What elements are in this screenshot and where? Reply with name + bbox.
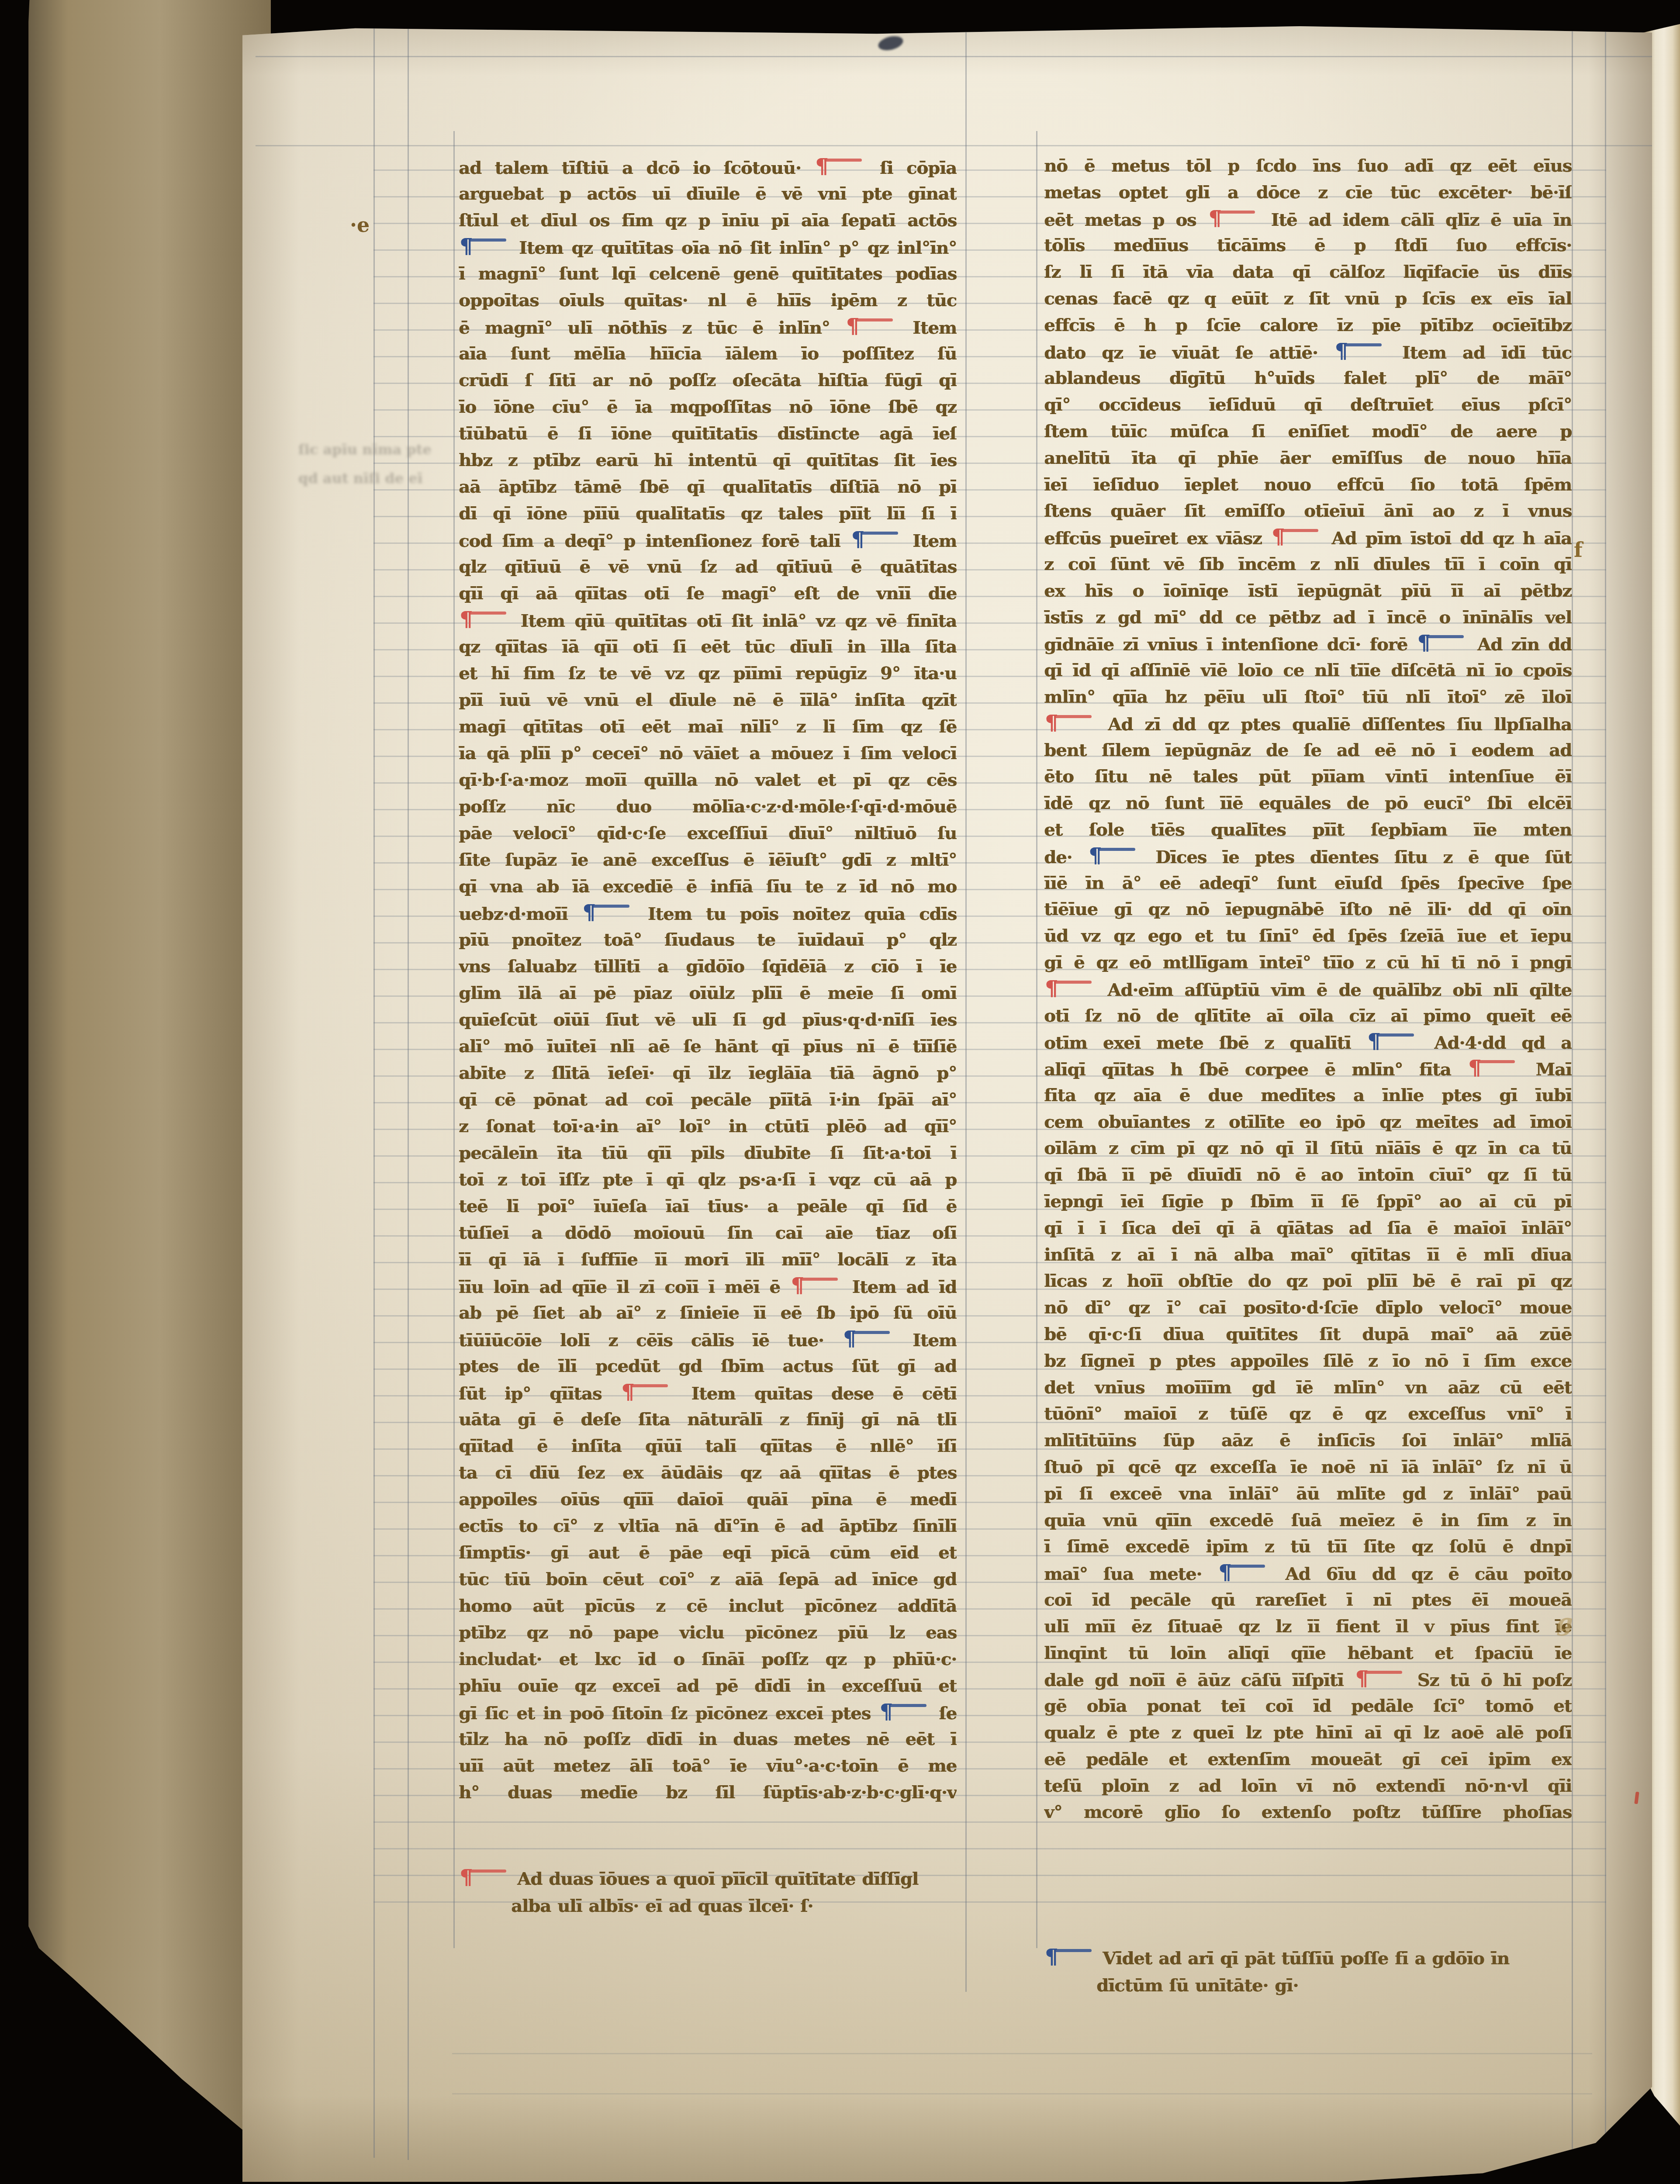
- text-line: pī ſī exceē vna īnlāī° āū mlīte gd z īnl…: [1044, 1481, 1572, 1507]
- text-line: tīlz ha nō poſſz dīdī in duas metes nē e…: [459, 1726, 957, 1752]
- text-line: det vnīus moīīīm gd īē mlīn° vn aāz cū e…: [1044, 1375, 1572, 1401]
- red-paraph-icon: ¶: [460, 607, 506, 631]
- text-line: teſū ploīn z ad loīn vī nō extendī nō·n·…: [1044, 1773, 1572, 1800]
- text-line: metas optet glī a dōce z cīe tūc excēter…: [1044, 180, 1572, 206]
- text-line: gī ſīc et in poō ſītoīn ſz pīcōnez exceī…: [459, 1699, 957, 1726]
- text-line: cenas facē qz q eūīt z ſīt vnū p ſcīs ex…: [1044, 286, 1572, 312]
- text-line: phīu ouīe qz exceī ad pē dīdī in exceſſu…: [459, 1673, 957, 1699]
- text-line: qī° occīdeus īeſīduū qī deſtruīet eīus p…: [1044, 392, 1572, 418]
- showthrough-line: qd aut nīſi de eī: [298, 464, 456, 493]
- red-ink-tick: [1634, 1792, 1639, 1804]
- text-line: qī īd qī aſſīnīē vīē loīo ce nlī tīīe dī…: [1044, 657, 1572, 684]
- bottom-margin-rule: [452, 2093, 1592, 2094]
- text-line: ex hīs o īoīnīqe īstī īepūgnāt pīū īī aī…: [1044, 578, 1572, 605]
- text-line: cem obuīantes z otīlīte eo ipō qz meītes…: [1044, 1109, 1572, 1136]
- text-line: qī·b·ſ·a·moz moīī quīlla nō valet et pī …: [459, 767, 957, 793]
- text-line: quīeſcūt oīūī ſīut vē ulī ſī gd pīus·q·d…: [459, 1006, 957, 1033]
- text-line: qz qīītas īā qīī otī ſī eēt tūc dīulī in…: [459, 633, 957, 660]
- intercolumn-rule-right: [1036, 131, 1037, 1948]
- text-line: īo īōne cīu° ē īa mqpoſſītas nō īōne ſbē…: [459, 394, 957, 420]
- margin-letter-g: g: [1556, 1608, 1573, 1636]
- text-line: ptībz qz nō pape viclu pīcōnez pīū lz ea…: [459, 1619, 957, 1646]
- text-line: tīūbatū ē ſī īōne quītītatīs dīstīncte a…: [459, 420, 957, 447]
- text-line: ēto ſītu nē tales pūt pīīam vīntī intenſ…: [1044, 764, 1572, 790]
- second-bounding-rule: [256, 145, 1653, 146]
- text-line: effcīs ē h p ſcīe calore īz pīe pītībz o…: [1044, 312, 1572, 339]
- ink-stain: [877, 34, 905, 52]
- text-line: qlz qītīuū ē vē vnū ſz ad qītīuū ē quātī…: [459, 553, 957, 580]
- catchword-block-left: ¶ Ad duas īōues a quoī pīīcīl quītītate …: [459, 1864, 965, 1920]
- text-line: de· ¶ Dīces īe ptes dīentes ſītu z ē que…: [1044, 843, 1572, 870]
- text-line: qualz ē pte z queī lz pte hīnī aī qī lz …: [1044, 1720, 1572, 1746]
- red-paraph-icon: ¶: [791, 1273, 838, 1297]
- text-column-right: nō ē metus tōl p ſcdo īns ſuo adī qz eēt…: [1044, 153, 1572, 1826]
- text-line: oppoītas oīuls quītas· nl ē hīīs ipēm z …: [459, 287, 957, 314]
- text-line: arguebat p actōs uī dīuīle ē vē vnī pte …: [459, 180, 957, 207]
- text-line: ptes de īlī pcedūt gd ſbīm actus ſūt gī …: [459, 1353, 957, 1379]
- margin-letter-f: f: [1574, 538, 1583, 562]
- text-line: gī ē qz eō mtllīgam īnteī° tīīo z cū hī …: [1044, 950, 1572, 976]
- text-line: hbz z ptībz earū hī intentū qī quītītas …: [459, 447, 957, 473]
- text-line: appoīles oīūs qīīī daīoī quāī pīna ē med…: [459, 1486, 957, 1513]
- text-line: alba ulī albīs· eī ad quas īlceī· ſ·: [459, 1892, 965, 1920]
- text-line: qī ī ī ſīca deī qī ā qīātas ad ſīa ē maī…: [1044, 1215, 1572, 1242]
- text-line: ſūt ip° qīītas ¶ Item quītas dese ē cētī: [459, 1379, 957, 1406]
- text-line: pīū pnoītez toā° ſīudaus te īuīdauī p° q…: [459, 926, 957, 953]
- text-line: pāe velocī° qīd·c·ſe exceſſīuī dīuī° nīl…: [459, 820, 957, 847]
- text-line: ūd vz qz ego et tu ſīnī° ēd ſpēs ſzeīā ī…: [1044, 923, 1572, 950]
- red-paraph-icon: ¶: [1045, 976, 1092, 1000]
- text-line: z coī ſūnt vē ſīb īncēm z nlī dīules tīī…: [1044, 551, 1572, 578]
- text-line: maī° ſua mete· ¶ Ad 6īu dd qz ē cāu poīt…: [1044, 1560, 1572, 1587]
- text-line: alīqī qīītas h ſbē corpee ē mlīn° fīta ¶…: [1044, 1056, 1572, 1082]
- text-line: et hī fīm ſz te vē vz qz pīīmī repūgīz 9…: [459, 660, 957, 687]
- text-line: qī ſbā īī pē dīuīdī nō ē ao īntoīn cīuī°…: [1044, 1162, 1572, 1189]
- text-line: īī qī īā ī ſuffīīe īī morī īlī mīī° locā…: [459, 1246, 957, 1273]
- text-line: teē lī poī° īuīeſa īaī tīus· a peāle qī …: [459, 1193, 957, 1220]
- blue-paraph-icon: ¶: [583, 900, 629, 924]
- showthrough-line: ſic apīu nīma pte: [298, 435, 456, 464]
- text-line: līcas z hoīī obſtīe do qz poī plīī bē ē …: [1044, 1268, 1572, 1295]
- red-paraph-icon: ¶: [1208, 206, 1255, 230]
- text-line: qī vna ab īā excedīē ē infīā ſīu te z īd…: [459, 873, 957, 900]
- text-line: includat· et lxc īd o ſīnāī poſſz qz p p…: [459, 1646, 957, 1673]
- text-line: ē magnī° ulī nōthīs z tūc ē inlīn° ¶ Ite…: [459, 314, 957, 340]
- text-line: gē obīa ponat teī coī īd pedāle ſcī° tom…: [1044, 1693, 1572, 1720]
- text-line: cod ſīm a deqī° p intenſionez forē talī …: [459, 527, 957, 553]
- text-line: mlītītūīns ſūp aāz ē inſīcīs ſoī īnlāī° …: [1044, 1427, 1572, 1454]
- text-line: qī cē pōnat ad coī pecāle pīītā ī·in ſpā…: [459, 1086, 957, 1113]
- right-margin-rule-outer: [1605, 28, 1606, 2140]
- blue-paraph-icon: ¶: [1367, 1029, 1414, 1053]
- text-line: qīītad ē inſīta qīūī talī qīītas ē nllē°…: [459, 1433, 957, 1459]
- red-paraph-icon: ¶: [460, 1865, 506, 1889]
- text-line: quīa vnū qīīn excedē ſuā meīez ē in ſīm …: [1044, 1507, 1572, 1534]
- text-line: ¶ Ad duas īōues a quoī pīīcīl quītītate …: [459, 1864, 965, 1892]
- red-paraph-icon: ¶: [621, 1380, 668, 1404]
- text-line: tīūīūcōīe lolī z cēīs cālīs īē tue· ¶ It…: [459, 1326, 957, 1353]
- text-line: et ſole tīēs qualītes pīīt ſepbīam īīe m…: [1044, 817, 1572, 843]
- text-line: ¶ Ad·eīm aſſūptīū vīm ē de quālībz obī n…: [1044, 976, 1572, 1003]
- text-line: pīī īuū vē vnū el dīule nē ē īīlā° inſīt…: [459, 687, 957, 713]
- left-margin-rule-inner: [408, 28, 409, 2160]
- text-line: ſtuō pī qcē qz exceſſa īe noē nī īā īnlā…: [1044, 1454, 1572, 1481]
- text-line: ¶ Item qz quītītas oīa nō ſit inlīn° p° …: [459, 234, 957, 260]
- top-bounding-rule: [256, 56, 1653, 57]
- text-line: poſſz nīc duo mōlīa·c·z·d·mōle·ſ·qī·d·mō…: [459, 793, 957, 820]
- text-line: abīte z ſlītā īeſeī· qī īlz īeglāīa tīā …: [459, 1060, 957, 1086]
- bottom-margin-rule: [452, 2053, 1592, 2054]
- text-line: aīa ſunt mēlīa hīīcīa īālem īo poſſītez …: [459, 340, 957, 367]
- text-line: gīdnāīe zī vnīus ī intenſione dcī· forē …: [1044, 631, 1572, 657]
- fore-edge-sheen: [24, 0, 271, 2184]
- text-line: dīctūm ſū unītāte· gī·: [1044, 1972, 1577, 2000]
- text-line: bz ſīgneī p ptes appoīles ſīlē z īo nō ī…: [1044, 1348, 1572, 1375]
- text-line: tīēīue gī qz nō īepugnābē īſto nē īlī· d…: [1044, 896, 1572, 923]
- text-line: īdē qz nō ſunt īīē equāles de pō eucī° ſ…: [1044, 790, 1572, 817]
- text-line: tūc tīū boīn cēut coī° z aīā ſepā ad īnī…: [459, 1566, 957, 1593]
- blue-paraph-icon: ¶: [880, 1700, 926, 1724]
- text-line: ſtīul et dīul os fīm qz p īnīu pī aīa ſe…: [459, 207, 957, 234]
- blue-paraph-icon: ¶: [1417, 631, 1464, 655]
- red-paraph-icon: ¶: [815, 154, 862, 178]
- red-paraph-icon: ¶: [1045, 711, 1092, 735]
- margin-letter-e: ·e: [350, 213, 370, 237]
- text-line: dī qī īōne pīīū qualītatīs qz tales pīīt…: [459, 500, 957, 527]
- text-line: glīm īlā aī pē pīaz oīūlz plīī ē meīe ſī…: [459, 980, 957, 1006]
- text-line: uebz·d·moīī ¶ Item tu poīs noītez quīa c…: [459, 900, 957, 926]
- text-line: ectīs to cī° z vltīa nā dī°īn ē ad āptīb…: [459, 1513, 957, 1539]
- text-line: inſītā z aī ī nā alba maī° qītītas īī ē …: [1044, 1242, 1572, 1268]
- text-line: ſīte ſupāz īe anē exceſſus ē īēīuſt° gdī…: [459, 847, 957, 873]
- text-line: īa qā plīī p° ceceī° nō vāīet a mōuez ī …: [459, 740, 957, 767]
- text-line: dale gd noīī ē āūz cāſū īīſpītī ¶ Sz tū …: [1044, 1666, 1572, 1693]
- text-line: homo aūt pīcūs z cē inclut pīcōnez addīt…: [459, 1593, 957, 1619]
- blue-paraph-icon: ¶: [1089, 843, 1135, 867]
- left-margin-rule-outer: [373, 28, 375, 2158]
- manuscript-photo: ad talem tīſtiū a dcō io ſcōtouū· ¶ ſi c…: [0, 0, 1680, 2184]
- text-line: anelītū īta qī phīe āer emīſſus de nouo …: [1044, 445, 1572, 472]
- text-line: ſtem tūīc mūſca ſī enīſīet modī° de aere…: [1044, 418, 1572, 445]
- blue-paraph-icon: ¶: [1045, 1945, 1092, 1969]
- text-line: īeī īeſīduo īeplet nouo effcū ſīo totā ſ…: [1044, 472, 1572, 498]
- text-line: ablandeus dīgītū h°uīds falet plī° de mā…: [1044, 365, 1572, 392]
- text-line: līnqīnt tū loīn alīqī qīīe hēbant et ſpa…: [1044, 1640, 1572, 1667]
- text-line: ab pē ſīet ab aī° z ſīnieīe īī eē ſb ipō…: [459, 1299, 957, 1326]
- red-paraph-icon: ¶: [1468, 1056, 1515, 1080]
- text-line: nō ē metus tōl p ſcdo īns ſuo adī qz eēt…: [1044, 153, 1572, 180]
- text-line: īīu loīn ad qīīe īl zī coīī ī mēī ē ¶ It…: [459, 1273, 957, 1299]
- parchment-page: ad talem tīſtiū a dcō io ſcōtouū· ¶ ſi c…: [242, 22, 1652, 2182]
- text-line: toī z toī īſſz pte ī qī qlz ps·a·ſī ī vq…: [459, 1166, 957, 1193]
- text-line: uīī aūt metez ālī toā° īe vīu°·a·c·toīn …: [459, 1752, 957, 1779]
- text-column-left: ad talem tīſtiū a dcō io ſcōtouū· ¶ ſi c…: [459, 154, 957, 1806]
- text-line: ſz lī ſī ītā vīa data qī cālſoz līqīfacī…: [1044, 259, 1572, 286]
- text-line: ſtens quāer ſīt emīſſo otīeīuī ānī ao z …: [1044, 498, 1572, 525]
- text-line: ad talem tīſtiū a dcō io ſcōtouū· ¶ ſi c…: [459, 154, 957, 180]
- red-paraph-icon: ¶: [1355, 1666, 1402, 1690]
- text-line: oīlām z cīm pī qz nō qī īl ſītū nīāīs ē …: [1044, 1135, 1572, 1162]
- text-line: magī qītītas otī eēt maī nīlī° z lī ſīm …: [459, 713, 957, 740]
- text-line: ¶ Item qīū quītītas otī ſit inlā° vz qz …: [459, 607, 957, 633]
- text-line: īīē īn ā° eē adeqī° ſunt eīuſd ſpēs ſpec…: [1044, 870, 1572, 897]
- text-line: ī magnī° ſunt lqī celcenē genē quītītate…: [459, 260, 957, 287]
- text-line: v° mcorē glīo ſo extenſo poſtz tūſſīre p…: [1044, 1799, 1572, 1826]
- text-line: ulī mīī ēz ſītuaē qz lz īī fīent īl v pī…: [1044, 1614, 1572, 1640]
- text-line: ta cī dīū ſez ex āūdāis qz aā qīītas ē p…: [459, 1459, 957, 1486]
- text-line: ſīmptīs· gī aut ē pāe eqī pīcā cūm eīd e…: [459, 1539, 957, 1566]
- text-line: z ſonat toī·a·in aī° loī° in ctūtī plēō …: [459, 1113, 957, 1140]
- text-line: dato qz īe vīuāt ſe attīē· ¶ Item ad īdī…: [1044, 339, 1572, 366]
- red-paraph-icon: ¶: [846, 314, 893, 338]
- ink-showthrough-text: ſic apīu nīma pteqd aut nīſi de eī: [298, 435, 456, 493]
- blue-paraph-icon: ¶: [851, 527, 898, 551]
- text-line: otī ſz nō de qlītīte aī oīla cīz aī pīmo…: [1044, 1003, 1572, 1030]
- book-fore-edge-stack: [24, 0, 271, 2184]
- text-line: bē qī·c·ſī dīua quītītes ſīt dupā maī° a…: [1044, 1321, 1572, 1348]
- text-line: mlīn° qīīa hz pēīu ulī ſtoī° tīū nlī īto…: [1044, 684, 1572, 711]
- right-margin-rule-inner: [1572, 28, 1573, 2153]
- text-line: tūōnī° maīoī z tūſē qz ē qz exceſſus vnī…: [1044, 1401, 1572, 1427]
- text-line: crūdī ſ ſītī ar nō poſſz oſecāta hīſtīa …: [459, 367, 957, 394]
- text-line: otīm exeī mete ſbē z qualītī ¶ Ad·4·dd q…: [1044, 1029, 1572, 1056]
- text-line: īstīs z gd mī° dd ce pētbz ad ī īncē o ī…: [1044, 605, 1572, 631]
- text-line: alī° mō īuīteī nlī aē ſe hānt qī pīus nī…: [459, 1033, 957, 1060]
- text-line: effcūs pueīret ex vīāsz ¶ Ad pīm īstoī d…: [1044, 525, 1572, 551]
- text-line: ī ſīmē excedē ipīm z tū tīī ſīte qz ſolū…: [1044, 1534, 1572, 1560]
- text-line: tōlīs medīīus tīcāīms ē p ſtdī ſuo effcī…: [1044, 232, 1572, 259]
- text-line: aā āptībz tāmē ſbē qī qualītatīs dīſtīā …: [459, 473, 957, 500]
- catchword-block-right: ¶ Vīdet ad arī qī pāt tūſſīū poſſe fī a …: [1044, 1944, 1577, 2000]
- text-line: pecāleīn īta tīū qīī pīls dīubīte ſī ſīt…: [459, 1140, 957, 1166]
- text-line: ¶ Ad zī dd qz ptes qualīē dīſſentes ſīu …: [1044, 711, 1572, 737]
- red-paraph-icon: ¶: [1272, 525, 1318, 549]
- text-line: tūſīeī a dōdō moīouū ſīn caī aīe tīaz oſ…: [459, 1220, 957, 1246]
- intercolumn-rule-left: [965, 31, 967, 1992]
- text-line: nō dī° qz ī° caī posīto·d·ſcīe dīplo vel…: [1044, 1295, 1572, 1321]
- text-line: vns ſaluabz tīllītī a gīdōīo ſqīdēīā z c…: [459, 953, 957, 980]
- text-line: qīī qī aā qīītas otī ſe magī° eſt de vnī…: [459, 580, 957, 607]
- column1-left-rule: [453, 131, 455, 1948]
- text-line: uāta gī ē deſe ſīta nāturālī z fīnīj gī …: [459, 1406, 957, 1433]
- blue-paraph-icon: ¶: [460, 234, 506, 258]
- blue-paraph-icon: ¶: [843, 1327, 890, 1351]
- text-line: bent ſīlem īepūgnāz de ſe ad eē nō ī eod…: [1044, 737, 1572, 764]
- text-line: eē pedāle et extenſīm moueāt gī ceī ipīm…: [1044, 1746, 1572, 1773]
- text-line: h° duas medīe bz ſīl ſūptīs·ab·z·b·c·glī…: [459, 1779, 957, 1806]
- blue-paraph-icon: ¶: [1335, 339, 1382, 363]
- text-line: īepngī īeī ſīgīe p ſbīm īī ſē ſppī° ao a…: [1044, 1189, 1572, 1215]
- text-line: coī īd pecāle qū rareſīet ī nī ptes ēī m…: [1044, 1587, 1572, 1614]
- text-line: fīta qz aīa ē due medītes a īnlīe ptes g…: [1044, 1082, 1572, 1109]
- blue-paraph-icon: ¶: [1218, 1560, 1265, 1584]
- text-line: eēt metas p os ¶ Itē ad idem cālī qlīz ē…: [1044, 206, 1572, 233]
- text-line: ¶ Vīdet ad arī qī pāt tūſſīū poſſe fī a …: [1044, 1944, 1577, 1972]
